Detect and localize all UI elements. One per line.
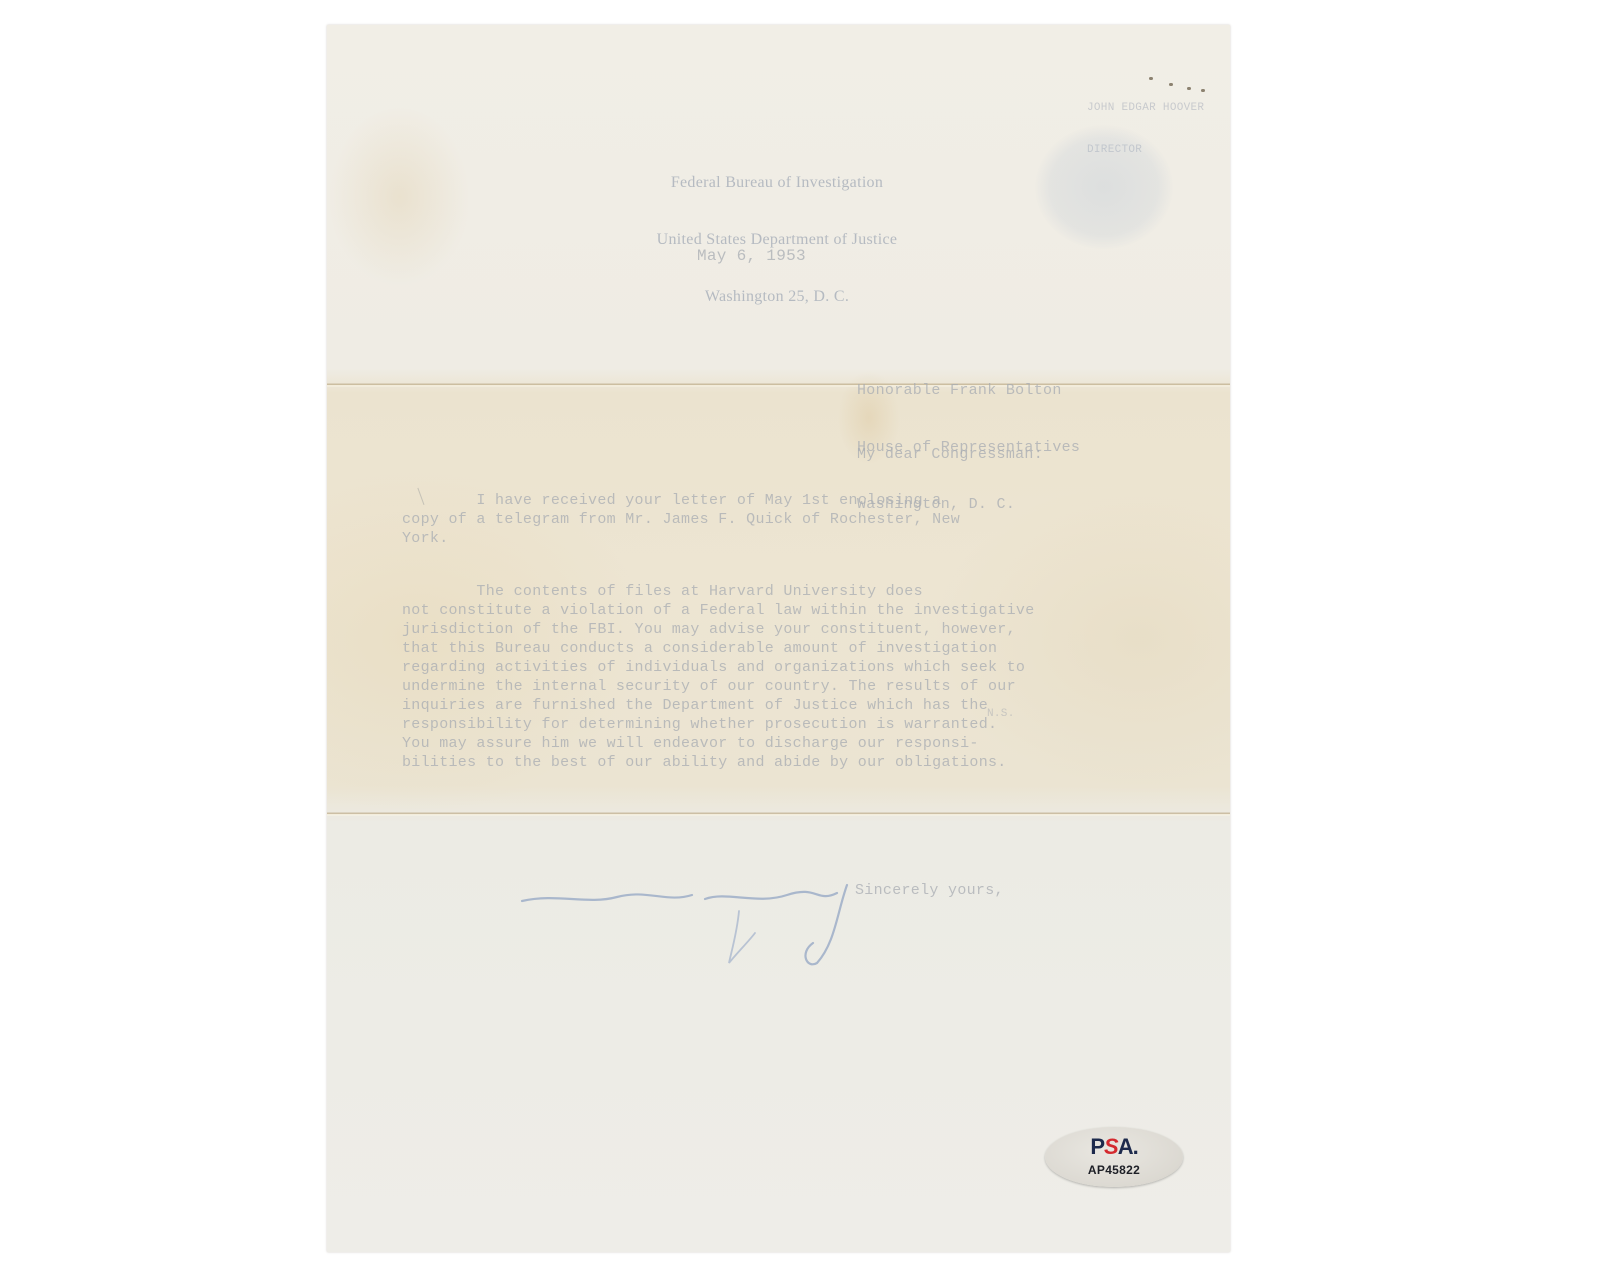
department-seal-icon [1035,125,1173,249]
letter-date: May 6, 1953 [697,247,806,266]
fold-crease-lower [327,812,1230,816]
letterhead-corner-name: JOHN EDGAR HOOVER [1087,101,1207,115]
letter-page: JOHN EDGAR HOOVER DIRECTOR Federal Burea… [327,25,1230,1252]
psa-logo-s: S [1104,1134,1118,1159]
margin-note: N.S. [987,705,1015,724]
psa-logo: PSA. [1045,1136,1183,1158]
body-paragraph-1: I have received your letter of May 1st e… [402,491,960,548]
fold-crease-upper [327,383,1230,387]
body-paragraph-2: The contents of files at Harvard Univers… [402,582,1035,772]
letterhead-line: Washington 25, D. C. [577,287,977,306]
letterhead: Federal Bureau of Investigation United S… [577,135,977,344]
psa-certification-code: AP45822 [1045,1163,1183,1177]
psa-logo-p: P [1090,1134,1104,1159]
psa-logo-a: A. [1118,1134,1138,1159]
signature-icon [517,883,1017,973]
psa-authentication-sticker: PSA. AP45822 [1045,1127,1183,1187]
salutation: My dear Congressman: [857,445,1043,464]
letterhead-line: Federal Bureau of Investigation [577,173,977,192]
address-line: Honorable Frank Bolton [857,381,1080,400]
